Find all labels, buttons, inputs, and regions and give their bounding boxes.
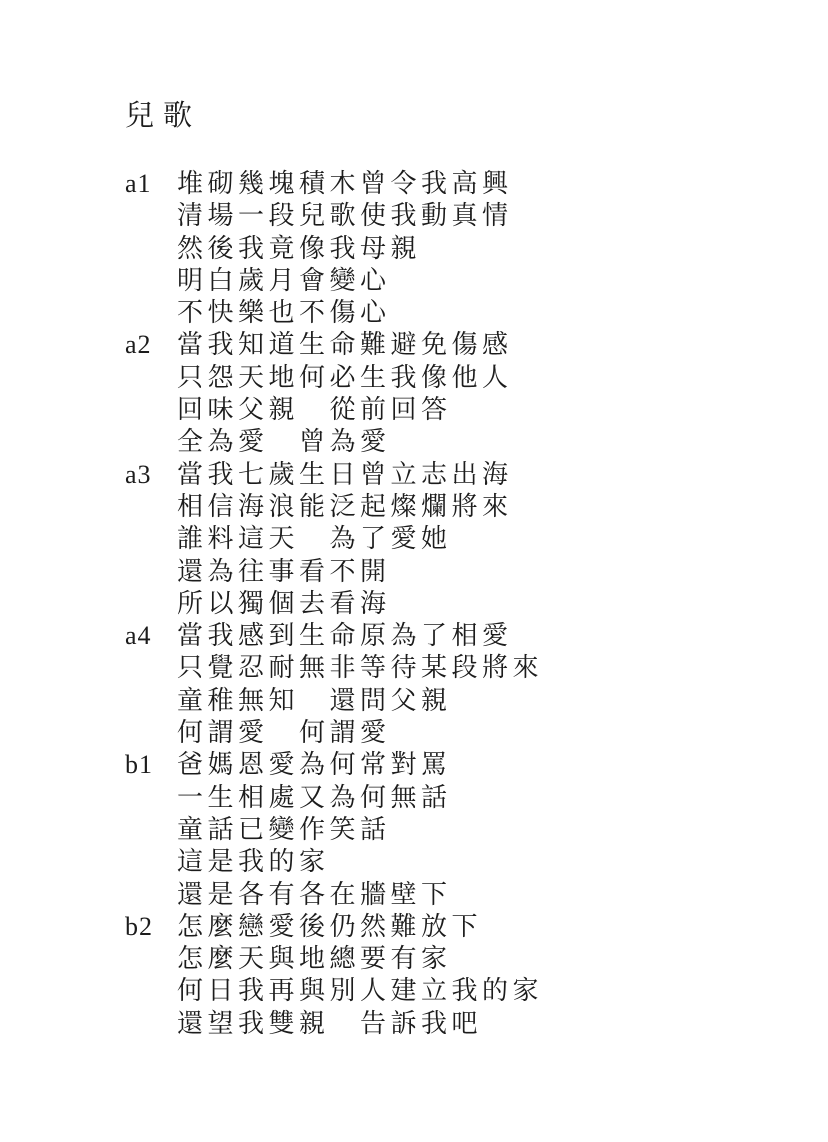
lyric-line: 誰料這天 為了愛她 xyxy=(177,523,788,555)
verse-lines: 怎麼戀愛後仍然難放下怎麼天與地總要有家何日我再與別人建立我的家還望我雙親 告訴我… xyxy=(177,911,788,1040)
lyrics: a1堆砌幾塊積木曾令我高興清場一段兒歌使我動真情然後我竟像我母親明白歲月會變心不… xyxy=(125,168,788,1040)
lyric-line: 一生相處又為何無話 xyxy=(177,782,788,814)
verse-label: a3 xyxy=(125,459,177,491)
lyric-line: 只覺忍耐無非等待某段將來 xyxy=(177,652,788,684)
lyric-line: 全為愛 曾為愛 xyxy=(177,426,788,458)
lyric-line: 堆砌幾塊積木曾令我高興 xyxy=(177,168,788,200)
lyric-line: 當我七歲生日曾立志出海 xyxy=(177,459,788,491)
lyric-line: 童話已變作笑話 xyxy=(177,814,788,846)
verse-lines: 爸媽恩愛為何常對罵一生相處又為何無話童話已變作笑話這是我的家還是各有各在牆壁下 xyxy=(177,749,788,910)
lyric-line: 明白歲月會變心 xyxy=(177,265,788,297)
verse: a4當我感到生命原為了相愛只覺忍耐無非等待某段將來童稚無知 還問父親何謂愛 何謂… xyxy=(125,620,788,749)
verse-lines: 堆砌幾塊積木曾令我高興清場一段兒歌使我動真情然後我竟像我母親明白歲月會變心不快樂… xyxy=(177,168,788,329)
lyric-line: 童稚無知 還問父親 xyxy=(177,685,788,717)
lyric-line: 還望我雙親 告訴我吧 xyxy=(177,1008,788,1040)
lyric-line: 還是各有各在牆壁下 xyxy=(177,879,788,911)
verse-label: a4 xyxy=(125,620,177,652)
lyric-line: 只怨天地何必生我像他人 xyxy=(177,362,788,394)
document-page: 兒歌 a1堆砌幾塊積木曾令我高興清場一段兒歌使我動真情然後我竟像我母親明白歲月會… xyxy=(0,0,828,1142)
lyric-line: 爸媽恩愛為何常對罵 xyxy=(177,749,788,781)
verse: a2當我知道生命難避免傷感只怨天地何必生我像他人回味父親 從前回答全為愛 曾為愛 xyxy=(125,329,788,458)
lyric-line: 還為往事看不開 xyxy=(177,556,788,588)
verse-lines: 當我感到生命原為了相愛只覺忍耐無非等待某段將來童稚無知 還問父親何謂愛 何謂愛 xyxy=(177,620,788,749)
verse-label: a2 xyxy=(125,329,177,361)
page-title: 兒歌 xyxy=(125,100,788,132)
lyric-line: 當我感到生命原為了相愛 xyxy=(177,620,788,652)
lyric-line: 怎麼天與地總要有家 xyxy=(177,943,788,975)
lyric-line: 當我知道生命難避免傷感 xyxy=(177,329,788,361)
lyric-line: 回味父親 從前回答 xyxy=(177,394,788,426)
lyric-line: 何謂愛 何謂愛 xyxy=(177,717,788,749)
verse: b1爸媽恩愛為何常對罵一生相處又為何無話童話已變作笑話這是我的家還是各有各在牆壁… xyxy=(125,749,788,910)
verse-lines: 當我知道生命難避免傷感只怨天地何必生我像他人回味父親 從前回答全為愛 曾為愛 xyxy=(177,329,788,458)
lyric-line: 不快樂也不傷心 xyxy=(177,297,788,329)
verse-label: b1 xyxy=(125,749,177,781)
verse-label: b2 xyxy=(125,911,177,943)
verse-lines: 當我七歲生日曾立志出海相信海浪能泛起燦爛將來誰料這天 為了愛她還為往事看不開所以… xyxy=(177,459,788,620)
lyric-line: 何日我再與別人建立我的家 xyxy=(177,975,788,1007)
verse: a1堆砌幾塊積木曾令我高興清場一段兒歌使我動真情然後我竟像我母親明白歲月會變心不… xyxy=(125,168,788,329)
lyric-line: 然後我竟像我母親 xyxy=(177,233,788,265)
lyric-line: 這是我的家 xyxy=(177,846,788,878)
verse: a3當我七歲生日曾立志出海相信海浪能泛起燦爛將來誰料這天 為了愛她還為往事看不開… xyxy=(125,459,788,620)
verse: b2怎麼戀愛後仍然難放下怎麼天與地總要有家何日我再與別人建立我的家還望我雙親 告… xyxy=(125,911,788,1040)
verse-label: a1 xyxy=(125,168,177,200)
lyric-line: 清場一段兒歌使我動真情 xyxy=(177,200,788,232)
lyric-line: 所以獨個去看海 xyxy=(177,588,788,620)
lyric-line: 相信海浪能泛起燦爛將來 xyxy=(177,491,788,523)
lyric-line: 怎麼戀愛後仍然難放下 xyxy=(177,911,788,943)
